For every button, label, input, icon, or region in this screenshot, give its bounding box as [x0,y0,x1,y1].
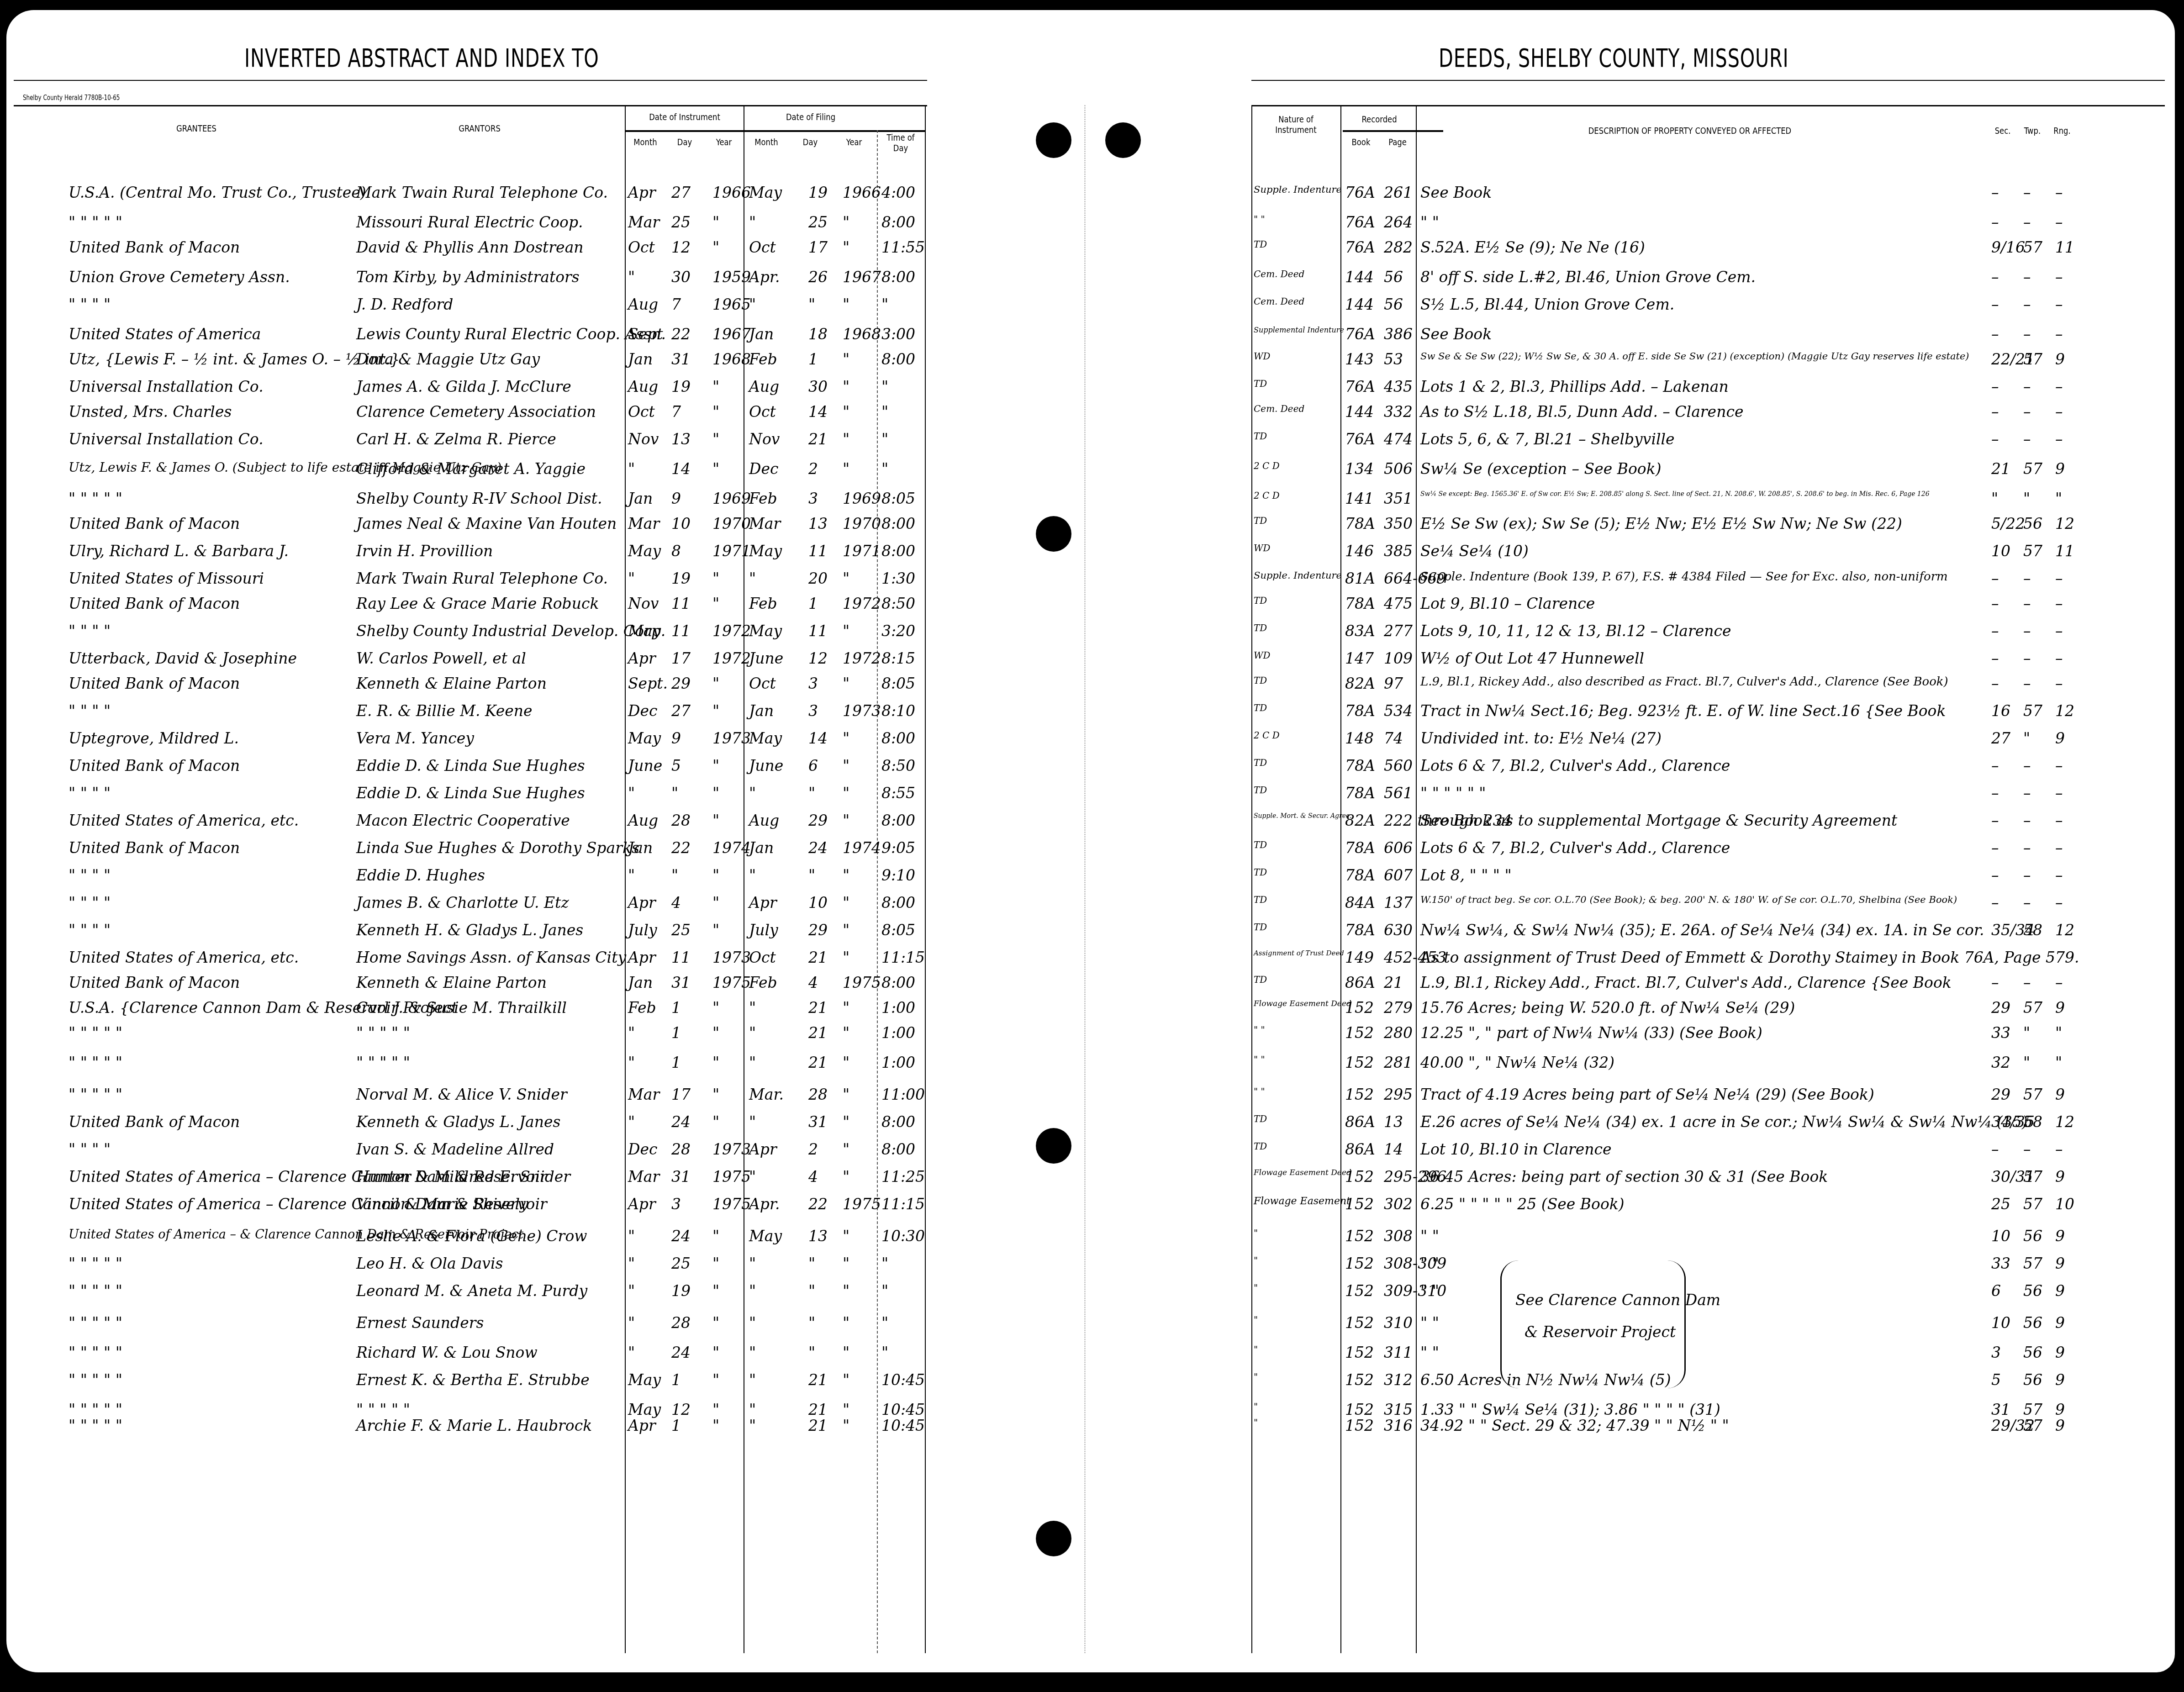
file-year: " [843,461,849,476]
file-day: 21 [808,1025,828,1040]
file-year: " [843,1418,849,1433]
header-date-filing: Date of Filing [756,112,865,122]
book: 152 [1345,1055,1374,1070]
page: 74 [1384,731,1403,746]
book: 76A [1345,327,1375,342]
file-year: " [843,785,849,801]
nature: TD [1254,840,1267,849]
time-of-day: 1:30 [881,571,915,586]
inst-month: Apr [628,895,656,910]
inst-day: 11 [671,596,691,611]
grantor: " " " " " [356,1025,410,1040]
file-month: " [749,1418,756,1433]
inst-year: " [712,922,719,938]
grantee: " " " " [69,1142,111,1157]
grantee: United Bank of Macon [69,516,240,531]
file-month: " [749,1315,756,1330]
inst-day: 9 [671,491,681,506]
twp: 57 [2023,352,2042,367]
time-of-day: 11:25 [881,1169,925,1184]
ledger-sheet [6,10,2175,1672]
file-day: " [808,1345,815,1360]
time-of-day: 8:55 [881,785,915,801]
twp: – [2023,215,2031,230]
file-day: 18 [808,327,828,342]
file-month: Feb [749,596,777,611]
page: 137 [1384,895,1413,910]
description: Lots 6 & 7, Bl.2, Culver's Add., Clarenc… [1420,840,1730,855]
page: 606 [1384,840,1413,855]
book: 76A [1345,185,1375,200]
sec: 27 [1991,731,2010,746]
grantor: Carl J. & Susie M. Thrailkill [356,1000,567,1015]
printer-mark: Shelby County Herald 7780B-10-65 [23,94,120,102]
inst-month: Sept [628,327,663,342]
header-grantors: GRANTORS [442,123,517,134]
sec: 33 [1991,1256,2010,1271]
file-day: 25 [808,215,828,230]
file-day: 4 [808,975,818,990]
header-inst-year: Year [708,137,740,148]
rng: 10 [2055,1197,2074,1212]
sec: 3 [1991,1345,2001,1360]
description: Tract in Nw¼ Sect.16; Beg. 923½ ft. E. o… [1420,703,1946,718]
book: 152 [1345,1025,1374,1040]
header-book: Book [1346,137,1376,148]
file-month: May [749,185,782,200]
file-day: 22 [808,1197,828,1212]
sec: – [1991,327,1999,342]
grantee: Uptegrove, Mildred L. [69,731,239,746]
page: 475 [1384,596,1413,611]
rng: " [2055,491,2062,506]
rng: – [2055,379,2063,394]
time-of-day: 4:00 [881,185,915,200]
sec: – [1991,813,1999,828]
inst-month: " [628,1345,635,1360]
file-year: " [843,950,849,965]
twp: 57 [2023,703,2042,718]
twp: 56 [2023,1345,2042,1360]
inst-month: Jan [628,352,653,367]
page: 561 [1384,785,1413,801]
book: 78A [1345,703,1375,718]
description: " " [1420,1283,1439,1298]
time-of-day: " [881,432,888,447]
file-year: " [843,1000,849,1015]
file-day: 2 [808,461,818,476]
page: 282 [1384,240,1413,255]
inst-month: Mar [628,1169,659,1184]
file-day: 13 [808,516,828,531]
grantee: " " " " " [69,1345,122,1360]
time-of-day: 8:00 [881,1114,915,1129]
punch-hole [1036,1128,1071,1164]
grantee: " " " " " [69,215,122,230]
inst-month: Oct [628,240,655,255]
grantee: " " " " " [69,1315,122,1330]
book: 152 [1345,1315,1374,1330]
inst-day: 30 [671,269,691,285]
sec: – [1991,404,1999,419]
grantor: Norval M. & Alice V. Snider [356,1087,567,1102]
page: 264 [1384,215,1413,230]
punch-hole [1036,122,1071,158]
page: 277 [1384,623,1413,638]
grantor: Vera M. Yancey [356,731,474,746]
page: 280 [1384,1025,1413,1040]
inst-year: " [712,785,719,801]
file-month: May [749,1228,782,1244]
inst-year: " [712,596,719,611]
file-year: " [843,922,849,938]
file-month: Feb [749,352,777,367]
inst-month: Dec [628,703,657,718]
file-year: " [843,1315,849,1330]
time-of-day: 8:05 [881,676,915,691]
rng: 9 [2055,1418,2065,1433]
twp: – [2023,623,2031,638]
file-day: " [808,1256,815,1271]
grantor: " " " " " [356,1402,410,1417]
punch-hole [1036,516,1071,552]
time-of-day: 11:15 [881,950,925,965]
inst-day: 24 [671,1345,691,1360]
grantor: Linda Sue Hughes & Dorothy Sparks [356,840,639,855]
inst-day: " [671,868,678,883]
time-of-day: 3:20 [881,623,915,638]
grantee: United Bank of Macon [69,1114,240,1129]
page: 53 [1384,352,1403,367]
sec: " [1991,491,1998,506]
rng: – [2055,623,2063,638]
file-day: 21 [808,1372,828,1387]
file-month: " [749,215,756,230]
inst-year: 1975 [712,975,751,990]
grantee: United States of America, etc. [69,950,299,965]
sec: 5 [1991,1372,2001,1387]
grantee: Utz, {Lewis F. – ½ int. & James O. – ½ i… [69,352,400,367]
bracket-note-line2: & Reservoir Project [1525,1324,1676,1339]
inst-year: 1971 [712,543,751,559]
title-left: INVERTED ABSTRACT AND INDEX TO [244,43,599,73]
book: 81A [1345,571,1375,586]
grantor: Leo H. & Ola Davis [356,1256,503,1271]
grantor: Ernest Saunders [356,1315,484,1330]
book: 152 [1345,1197,1374,1212]
grantee: " " " " " [69,1025,122,1040]
inst-day: 17 [671,651,691,666]
file-day: " [808,1315,815,1330]
book: 86A [1345,1142,1375,1157]
inst-year: 1967 [712,327,751,342]
title-right: DEEDS, SHELBY COUNTY, MISSOURI [1439,43,1789,73]
sec: 32 [1991,1055,2010,1070]
nature: TD [1254,975,1267,984]
time-of-day: 10:30 [881,1228,925,1244]
file-day: 21 [808,1418,828,1433]
inst-month: " [628,461,635,476]
description: 1.33 " " Sw¼ Se¼ (31); 3.86 " " " " (31) [1420,1402,1720,1417]
bracket-note-line1: See Clarence Cannon Dam [1515,1292,1720,1307]
file-day: 1 [808,352,818,367]
description: As to S½ L.18, Bl.5, Dunn Add. – Clarenc… [1420,404,1743,419]
grantee: United Bank of Macon [69,240,240,255]
rng: 9 [2055,1087,2065,1102]
time-of-day: 8:00 [881,516,915,531]
nature: " " [1254,1087,1265,1096]
nature: " " [1254,215,1265,224]
grantee: United States of America, etc. [69,813,299,828]
file-month: Aug [749,379,779,394]
sec: – [1991,785,1999,801]
grantor: Carl H. & Zelma R. Pierce [356,432,556,447]
twp: 58 [2023,922,2042,938]
page: 56 [1384,297,1403,312]
inst-month: " [628,1055,635,1070]
inst-day: 24 [671,1114,691,1129]
top-rule-right [1251,80,2165,81]
grantee: Universal Installation Co. [69,379,264,394]
file-year: " [843,1087,849,1102]
twp: " [2023,1025,2030,1040]
page: 506 [1384,461,1413,476]
inst-day: 25 [671,1256,691,1271]
file-month: Aug [749,813,779,828]
grantor: Leslie A. & Flora (Gene) Crow [356,1228,587,1244]
inst-year: 1974 [712,840,751,855]
book: 82A [1345,813,1375,828]
file-year: " [843,1345,849,1360]
time-of-day: 8:50 [881,596,915,611]
nature: TD [1254,240,1267,249]
book: 152 [1345,1087,1374,1102]
page: 386 [1384,327,1413,342]
book: 78A [1345,868,1375,883]
book: 78A [1345,596,1375,611]
twp: – [2023,297,2031,312]
grantor: Lewis County Rural Electric Coop. Assn. [356,327,666,342]
file-day: 12 [808,651,828,666]
twp: – [2023,432,2031,447]
description: Lot 8, " " " " [1420,868,1512,883]
grantor: James A. & Gilda J. McClure [356,379,571,394]
col-rule [925,105,926,1653]
inst-day: 28 [671,813,691,828]
inst-year: " [712,1114,719,1129]
inst-month: Jan [628,491,653,506]
rng: 9 [2055,731,2065,746]
file-day: 3 [808,491,818,506]
sec: 5/22 [1991,516,2025,531]
sec: 6 [1991,1283,2001,1298]
inst-year: 1959 [712,269,751,285]
nature: 2 C D [1254,491,1280,500]
inst-month: " [628,1025,635,1040]
twp: 56 [2023,516,2042,531]
file-month: Oct [749,404,776,419]
file-year: " [843,1256,849,1271]
page: 295 [1384,1087,1413,1102]
grantee: " " " " " [69,1372,122,1387]
description: E½ Se Sw (ex); Sw Se (5); E½ Nw; E½ E½ S… [1420,516,1902,531]
page: 261 [1384,185,1413,200]
file-month: Feb [749,491,777,506]
file-month: " [749,1283,756,1298]
inst-year: " [712,1418,719,1433]
description: See Book as to supplemental Mortgage & S… [1420,813,1897,828]
nature: Supple. Indenture [1254,571,1342,580]
twp: 57 [2023,1402,2042,1417]
time-of-day: 10:45 [881,1402,925,1417]
file-day: " [808,297,815,312]
file-year: 1974 [843,840,881,855]
nature: " [1254,1402,1258,1411]
page: 302 [1384,1197,1413,1212]
sec: 21 [1991,461,2010,476]
book: 78A [1345,516,1375,531]
page: 316 [1384,1418,1413,1433]
file-year: 1975 [843,1197,881,1212]
book: 152 [1345,1228,1374,1244]
description: Lots 9, 10, 11, 12 & 13, Bl.12 – Clarenc… [1420,623,1731,638]
inst-day: 10 [671,516,691,531]
file-month: " [749,1372,756,1387]
time-of-day: " [881,1256,888,1271]
grantor: Macon Electric Cooperative [356,813,570,828]
book: 86A [1345,1114,1375,1129]
nature: TD [1254,623,1267,633]
file-year: " [843,1142,849,1157]
description: Lots 5, 6, & 7, Bl.21 – Shelbyville [1420,432,1675,447]
inst-month: Apr [628,950,656,965]
inst-year: " [712,1372,719,1387]
nature: WD [1254,543,1271,553]
file-month: " [749,1169,756,1184]
page: 630 [1384,922,1413,938]
inst-year: 1975 [712,1169,751,1184]
twp: 57 [2023,1169,2042,1184]
grantee: " " " " [69,922,111,938]
nature: Cem. Deed [1254,404,1304,413]
inst-month: " [628,1256,635,1271]
book: 149 [1345,950,1374,965]
inst-year: " [712,404,719,419]
inst-month: Sept. [628,676,668,691]
twp: – [2023,758,2031,773]
nature: TD [1254,703,1267,712]
file-month: Feb [749,975,777,990]
twp: – [2023,975,2031,990]
file-year: " [843,895,849,910]
inst-month: Apr [628,1197,656,1212]
sec: – [1991,1142,1999,1157]
rng: – [2055,432,2063,447]
grantor: Richard W. & Lou Snow [356,1345,538,1360]
page: 385 [1384,543,1413,559]
rng: – [2055,1142,2063,1157]
grantor: Eddie D. Hughes [356,868,485,883]
sec: 33 [1991,1025,2010,1040]
file-month: Oct [749,240,776,255]
twp: – [2023,1142,2031,1157]
grantor: Archie F. & Marie L. Haubrock [356,1418,592,1433]
file-day: 21 [808,950,828,965]
book: 134 [1345,461,1374,476]
inst-year: " [712,1283,719,1298]
description: 40.00 ", " Nw¼ Ne¼ (32) [1420,1055,1614,1070]
sec: – [1991,297,1999,312]
grantee: " " " " [69,703,111,718]
inst-day: 11 [671,623,691,638]
nature: " [1254,1345,1258,1354]
description: W½ of Out Lot 47 Hunnewell [1420,651,1644,666]
inst-month: Oct [628,404,655,419]
inst-day: 19 [671,379,691,394]
description: As to assignment of Trust Deed of Emmett… [1420,950,2079,965]
sec: – [1991,571,1999,586]
file-year: " [843,1169,849,1184]
file-year: 1975 [843,975,881,990]
nature: TD [1254,432,1267,441]
page: 56 [1384,269,1403,285]
inst-day: 22 [671,327,691,342]
file-year: 1973 [843,703,881,718]
time-of-day: 9:10 [881,868,915,883]
file-day: 21 [808,1000,828,1015]
file-year: " [843,240,849,255]
book: 144 [1345,404,1374,419]
inst-day: 4 [671,895,681,910]
inst-month: " [628,785,635,801]
twp: – [2023,404,2031,419]
file-month: " [749,571,756,586]
file-day: 3 [808,676,818,691]
inst-day: 19 [671,1283,691,1298]
file-month: May [749,731,782,746]
time-of-day: 1:00 [881,1055,915,1070]
inst-month: Mar [628,1087,659,1102]
grantor: Kenneth H. & Gladys L. Janes [356,922,583,938]
punch-hole [1036,1521,1071,1556]
file-day: 28 [808,1087,828,1102]
header-inst-day: Day [669,137,701,148]
description: Nw¼ Sw¼, & Sw¼ Nw¼ (35); E. 26A. of Se¼ … [1420,922,1984,938]
grantor: W. Carlos Powell, et al [356,651,526,666]
nature: TD [1254,785,1267,795]
nature: TD [1254,758,1267,767]
inst-day: 12 [671,240,691,255]
book: 152 [1345,1402,1374,1417]
grantee: " " " " [69,297,111,312]
inst-day: 24 [671,1228,691,1244]
book: 152 [1345,1000,1374,1015]
file-year: " [843,297,849,312]
grantor: Vincil & Marie Shively [356,1197,528,1212]
inst-day: 8 [671,543,681,559]
grantor: J. D. Redford [356,297,453,312]
grantee: U.S.A. (Central Mo. Trust Co., Trustee) [69,185,366,200]
file-month: May [749,623,782,638]
nature: TD [1254,1142,1267,1151]
header-page: Page [1382,137,1413,148]
book: 143 [1345,352,1374,367]
time-of-day: 10:45 [881,1372,925,1387]
twp: 57 [2023,543,2042,559]
nature: " [1254,1283,1258,1292]
file-year: " [843,1402,849,1417]
file-day: 11 [808,543,828,559]
